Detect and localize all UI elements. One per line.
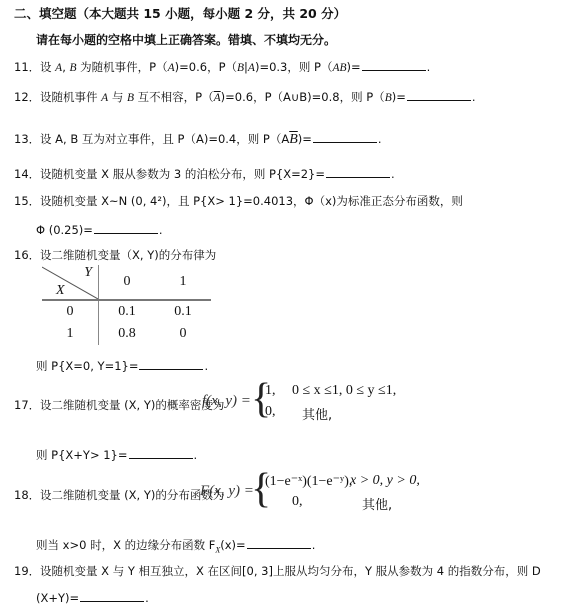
table-row: 0 0.1 0.1 [42, 300, 211, 323]
question-number: 18． [14, 487, 40, 503]
q-text: 设二维随机变量 (X, Y)的分布函数为 [40, 488, 224, 502]
section-title: 二、填空题（本大题共 15 小题，每小题 2 分，共 20 分） [14, 4, 346, 22]
answer-blank[interactable] [94, 221, 158, 234]
var-b-complement: B [289, 132, 298, 147]
question-number: 15． [14, 193, 40, 209]
answer-blank[interactable] [247, 536, 311, 549]
q-text: 设随机事件 [40, 90, 101, 104]
period: . [145, 591, 149, 605]
question-number: 12． [14, 89, 40, 105]
q-text: )=0.6，P（ [175, 60, 237, 74]
answer-blank[interactable] [407, 88, 471, 101]
density-function-label: f(x, y) = [202, 393, 251, 410]
var-a: A [248, 62, 255, 74]
row-var-label: X [56, 283, 65, 299]
case-2-condition: 其他, [302, 404, 332, 423]
q-text: (x)= [220, 538, 245, 552]
q-text: 设 A, B 互为对立事件，且 P（A)=0.4，则 P（A [40, 132, 289, 146]
case-1-condition: 0 ≤ x ≤1, 0 ≤ y ≤1, [292, 383, 396, 399]
answer-blank[interactable] [139, 357, 203, 370]
question-16-line2: 则 P{X=0, Y=1}=. [36, 357, 208, 374]
q-text: Φ (0.25)= [36, 223, 93, 237]
q-text: 则 P{X+Y> 1}= [36, 448, 128, 462]
var-b: B [70, 62, 77, 74]
q-text: 为随机事件，P（ [77, 60, 168, 74]
distribution-table: Y X 0 1 0 0.1 0.1 1 0.8 0 [42, 265, 211, 345]
case-1-value: 1, [265, 383, 276, 399]
col-var-label: Y [84, 265, 92, 281]
q-text: 与 [108, 90, 127, 104]
q-text: )= [392, 90, 406, 104]
question-11: 11．设 A, B 为随机事件，P（A)=0.6，P（B|A)=0.3，则 P（… [14, 58, 430, 75]
period: . [194, 448, 198, 462]
question-19-line2: (X+Y)=. [36, 589, 149, 605]
period: . [312, 538, 316, 552]
question-18-line2: 则当 x>0 时，X 的边缘分布函数 FX(x)=. [36, 536, 315, 554]
question-number: 16． [14, 247, 40, 263]
var-ab: AB [332, 62, 346, 74]
table-cell: 0.1 [155, 300, 211, 323]
q-text: 设二维随机变量（X, Y)的分布律为 [40, 248, 216, 262]
question-number: 13． [14, 131, 40, 147]
table-cell: 0.8 [99, 323, 156, 345]
q-text: 设 [40, 60, 55, 74]
period: . [378, 132, 382, 146]
answer-blank[interactable] [362, 58, 426, 71]
question-17: 17．设二维随机变量 (X, Y)的概率密度为 [14, 397, 224, 413]
question-number: 17． [14, 397, 40, 413]
period: . [159, 223, 163, 237]
q-text: 则 P{X=0, Y=1}= [36, 359, 138, 373]
col-header: 1 [155, 265, 211, 300]
case-1-condition: x > 0, y > 0, [350, 473, 420, 489]
q-text: )= [298, 132, 312, 146]
q-text: )=0.6，P（A∪B)=0.8，则 P（ [221, 90, 385, 104]
case-2-value: 0, [265, 404, 276, 420]
table-header-diagonal: Y X [42, 265, 99, 300]
question-18: 18．设二维随机变量 (X, Y)的分布函数为 [14, 487, 224, 503]
row-header: 0 [42, 300, 99, 323]
question-number: 19． [14, 563, 40, 579]
q-text: 互不相容，P（ [134, 90, 214, 104]
question-15: 15．设随机变量 X~N (0, 4²)，且 P{X> 1}=0.4013，Φ（… [14, 193, 463, 209]
question-15-line2: Φ (0.25)=. [36, 221, 163, 237]
var-b: B [385, 92, 392, 104]
section-instruction: 请在每小题的空格中填上正确答案。错填、不填均无分。 [36, 31, 336, 48]
var-a-complement: A [214, 92, 221, 104]
q-text: (X+Y)= [36, 591, 79, 605]
q-text: , [62, 60, 69, 74]
question-number: 11． [14, 59, 40, 75]
period: . [204, 359, 208, 373]
case-2-condition: 其他, [362, 494, 392, 513]
question-13: 13．设 A, B 互为对立事件，且 P（A)=0.4，则 P（AB)=. [14, 130, 382, 148]
answer-blank[interactable] [80, 589, 144, 602]
table-row: 1 0.8 0 [42, 323, 211, 345]
question-16: 16．设二维随机变量（X, Y)的分布律为 [14, 247, 216, 263]
answer-blank[interactable] [129, 446, 193, 459]
period: . [391, 167, 395, 181]
table-cell: 0 [155, 323, 211, 345]
case-2-value: 0, [292, 494, 303, 510]
q-text: 则当 x>0 时，X 的边缘分布函数 F [36, 538, 215, 552]
case-1-value: (1−e⁻ˣ)(1−e⁻ʸ), [265, 473, 352, 490]
q-text: 设随机变量 X~N (0, 4²)，且 P{X> 1}=0.4013，Φ（x)为… [40, 194, 463, 208]
row-header: 1 [42, 323, 99, 345]
var-b: B [127, 92, 134, 104]
period: . [472, 90, 476, 104]
question-14: 14．设随机变量 X 服从参数为 3 的泊松分布，则 P{X=2}=. [14, 165, 395, 182]
question-12: 12．设随机事件 A 与 B 互不相容，P（A)=0.6，P（A∪B)=0.8，… [14, 88, 476, 105]
var-b: B [237, 62, 244, 74]
table-cell: 0.1 [99, 300, 156, 323]
answer-blank[interactable] [326, 165, 390, 178]
answer-blank[interactable] [313, 130, 377, 143]
period: . [427, 60, 431, 74]
q-text: )=0.3，则 P（ [255, 60, 333, 74]
q-text: 设二维随机变量 (X, Y)的概率密度为 [40, 398, 224, 412]
var-a: A [168, 62, 175, 74]
q-text: )= [347, 60, 361, 74]
q-text: 设随机变量 X 与 Y 相互独立，X 在区间[0, 3]上服从均匀分布，Y 服从… [40, 564, 541, 578]
col-header: 0 [99, 265, 156, 300]
question-17-line2: 则 P{X+Y> 1}=. [36, 446, 197, 463]
distribution-function-label: F(x, y) = [200, 483, 254, 500]
question-19: 19．设随机变量 X 与 Y 相互独立，X 在区间[0, 3]上服从均匀分布，Y… [14, 563, 541, 579]
question-number: 14． [14, 166, 40, 182]
q-text: 设随机变量 X 服从参数为 3 的泊松分布，则 P{X=2}= [40, 167, 325, 181]
